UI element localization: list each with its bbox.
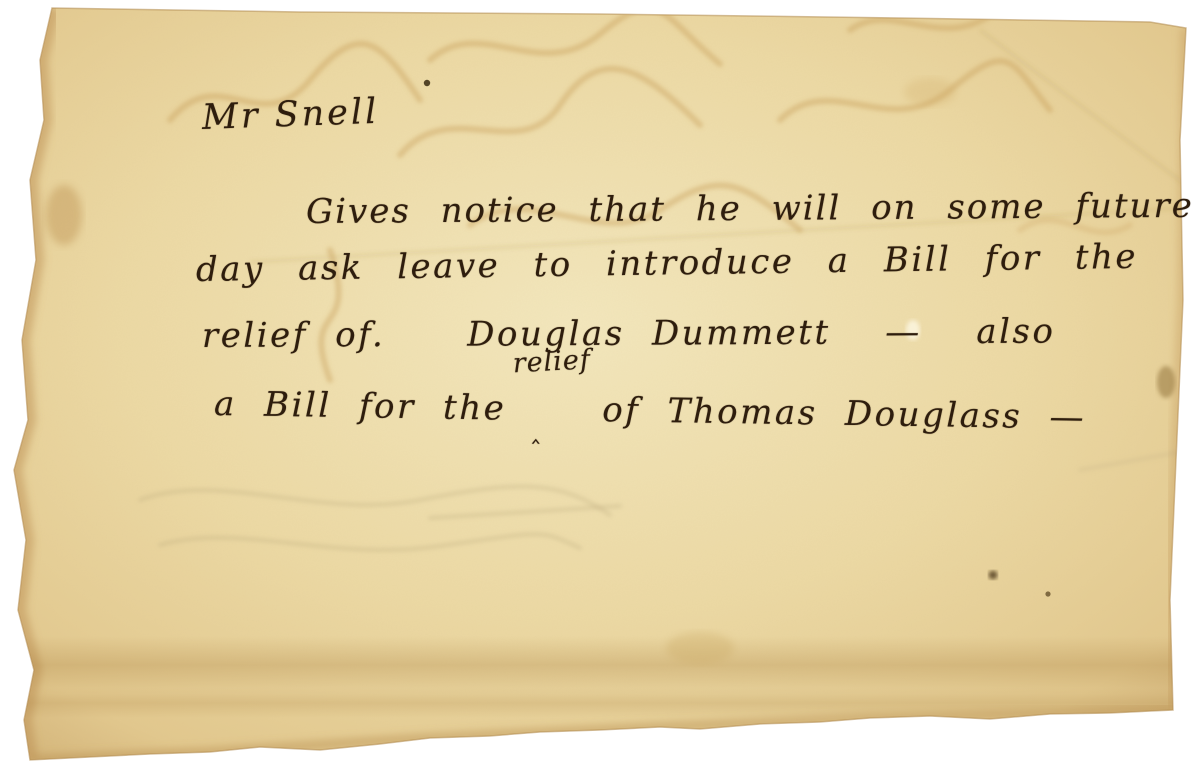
faint-stain xyxy=(666,632,734,664)
faint-stain xyxy=(904,78,956,106)
bottom-crease-band xyxy=(0,636,1200,694)
ink-speck xyxy=(989,571,998,580)
ink-speck xyxy=(1045,591,1050,596)
edge-stain-blot xyxy=(1157,366,1175,398)
white-fleck xyxy=(906,320,920,340)
bottom-crease-band-2 xyxy=(0,688,1200,718)
scanned-document xyxy=(0,0,1200,773)
paper-scan-art xyxy=(0,0,1200,773)
ink-speck xyxy=(424,80,430,86)
faint-stain xyxy=(46,185,82,245)
